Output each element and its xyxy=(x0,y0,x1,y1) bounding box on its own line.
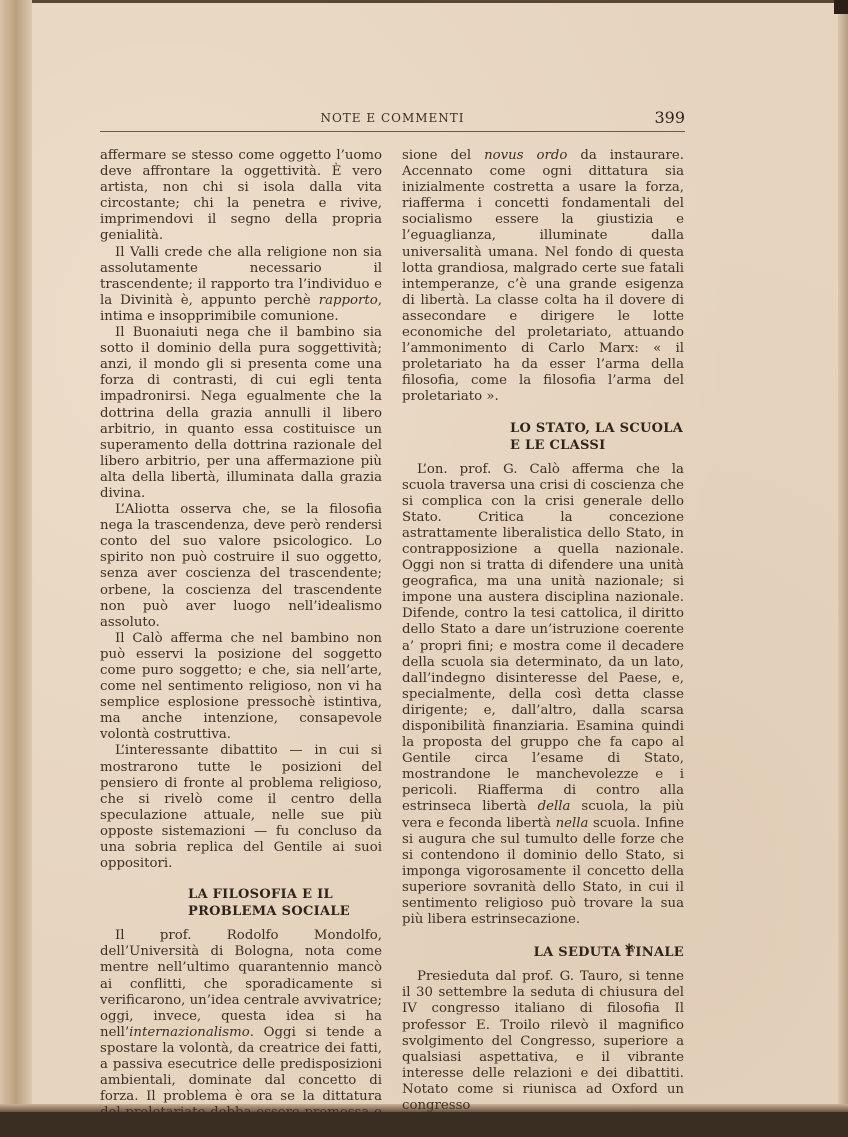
right-column: sione del novus ordo da instaurare. Acce… xyxy=(402,148,684,1112)
running-header: NOTE E COMMENTI 399 xyxy=(100,108,685,128)
section-heading-final-session: LA SEDUTA FINALE xyxy=(402,944,684,961)
paragraph: Il Calò afferma che nel bambino non può … xyxy=(100,631,382,744)
page-right-edge xyxy=(838,0,848,1112)
paragraph: Il Valli crede che alla religione non si… xyxy=(100,245,382,325)
right-section-paragraphs: L’on. prof. G. Calò afferma che la scuol… xyxy=(402,462,684,929)
header-rule xyxy=(100,131,685,132)
paragraph: L’on. prof. G. Calò afferma che la scuol… xyxy=(402,462,684,929)
section-heading-state-school: LO STATO, LA SCUOLA E LE CLASSI xyxy=(402,420,684,454)
right-paragraphs: sione del novus ordo da instaurare. Acce… xyxy=(402,148,684,406)
paragraph: sione del novus ordo da instaurare. Acce… xyxy=(402,148,684,406)
paragraph: L’interessante dibattito — in cui si mos… xyxy=(100,743,382,872)
page-corner xyxy=(834,0,848,14)
paragraph: L’Aliotta osserva che, se la filosofia n… xyxy=(100,502,382,631)
final-paragraphs: Presieduta dal prof. G. Tauro, si tenne … xyxy=(402,969,684,1112)
binding-gutter xyxy=(0,0,32,1112)
paragraph: affermare se stesso come oggetto l’uomo … xyxy=(100,148,382,245)
page-number: 399 xyxy=(654,108,685,127)
section-heading-philosophy-social: LA FILOSOFIA E IL PROBLEMA SOCIALE xyxy=(100,886,382,920)
running-title: NOTE E COMMENTI xyxy=(100,111,685,125)
left-column: affermare se stesso come oggetto l’uomo … xyxy=(100,148,382,1112)
paragraph: Il prof. Rodolfo Mondolfo, dell’Universi… xyxy=(100,928,382,1112)
page-top-edge xyxy=(0,0,848,3)
paragraph: Il Buonaiuti nega che il bambino sia sot… xyxy=(100,325,382,502)
book-page: NOTE E COMMENTI 399 affermare se stesso … xyxy=(0,0,848,1112)
paragraph: Presieduta dal prof. G. Tauro, si tenne … xyxy=(402,969,684,1112)
left-section-paragraphs: Il prof. Rodolfo Mondolfo, dell’Universi… xyxy=(100,928,382,1112)
left-paragraphs: affermare se stesso come oggetto l’uomo … xyxy=(100,148,382,872)
signature-mark: * xyxy=(625,940,633,959)
